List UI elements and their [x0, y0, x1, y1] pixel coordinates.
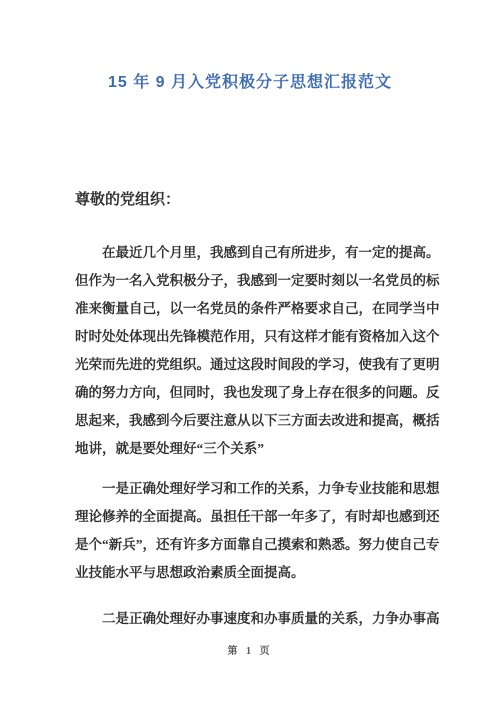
text-line: 思起来，我感到今后要注意从以下三方面去改进和提高，概括 [75, 407, 447, 435]
text-line: 时时处处体现出先锋模范作用，只有这样才能有资格加入这个 [75, 323, 447, 351]
page-number: 第 1 页 [0, 645, 500, 659]
document-title: 15 年 9 月入党积极分子思想汇报范文 [0, 70, 500, 96]
text-line: 光荣而先进的党组织。通过这段时间段的学习，使我有了更明 [75, 351, 447, 379]
body-paragraph: 在最近几个月里，我感到自己有所进步，有一定的提高。但作为一名入党积极分子，我感到… [75, 239, 447, 463]
text-line: 理论修养的全面提高。虽担任干部一年多了，有时却也感到还 [75, 503, 447, 531]
text-line: 业技能水平与思想政治素质全面提高。 [75, 559, 447, 587]
text-line: 一是正确处理好学习和工作的关系，力争专业技能和思想 [75, 475, 447, 503]
text-line: 确的努力方向，但同时，我也发现了身上存在很多的问题。反 [75, 379, 447, 407]
text-line: 二是正确处理好办事速度和办事质量的关系，力争办事高 [75, 605, 447, 633]
text-line: 准来衡量自己，以一名党员的条件严格要求自己，在同学当中 [75, 295, 447, 323]
body-paragraph: 一是正确处理好学习和工作的关系，力争专业技能和思想理论修养的全面提高。虽担任干部… [75, 475, 447, 587]
salutation: 尊敬的党组织： [75, 186, 447, 214]
body-paragraph: 二是正确处理好办事速度和办事质量的关系，力争办事高 [75, 605, 447, 633]
text-line: 在最近几个月里，我感到自己有所进步，有一定的提高。 [75, 239, 447, 267]
text-line: 地讲，就是要处理好“三个关系” [75, 435, 447, 463]
document-page: 15 年 9 月入党积极分子思想汇报范文 尊敬的党组织： 在最近几个月里，我感到… [0, 0, 500, 708]
paragraphs: 在最近几个月里，我感到自己有所进步，有一定的提高。但作为一名入党积极分子，我感到… [75, 239, 447, 633]
document-body: 尊敬的党组织： 在最近几个月里，我感到自己有所进步，有一定的提高。但作为一名入党… [75, 186, 447, 633]
text-line: 但作为一名入党积极分子，我感到一定要时刻以一名党员的标 [75, 267, 447, 295]
text-line: 是个“新兵”，还有许多方面靠自己摸索和熟悉。努力使自己专 [75, 531, 447, 559]
